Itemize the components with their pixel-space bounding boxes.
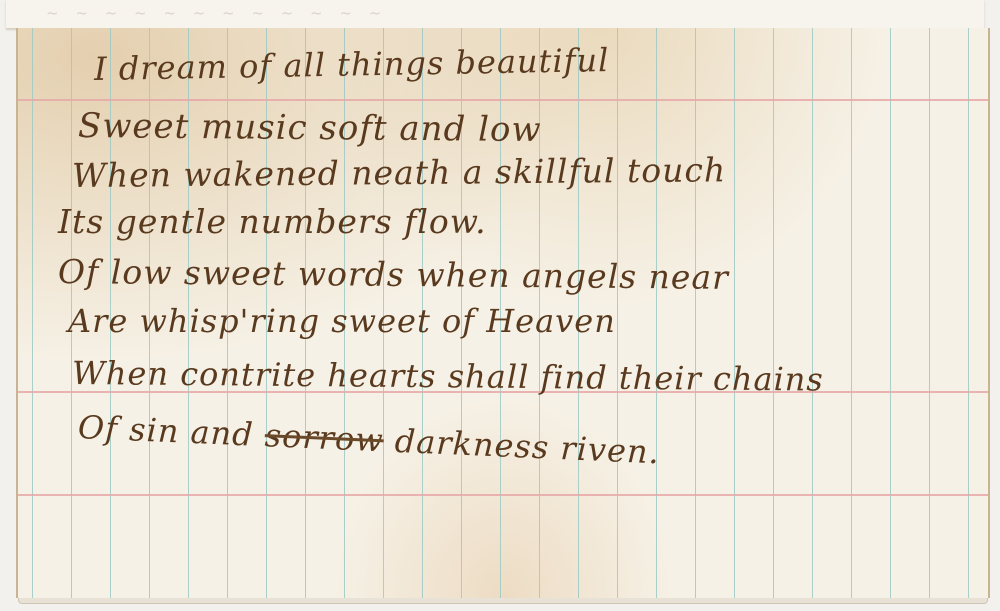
poem-line-3: When wakened neath a skillful touch xyxy=(72,150,726,195)
poem-line-8-suffix: darkness riven. xyxy=(394,422,661,472)
poem-line-5: Of low sweet words when angels near xyxy=(58,252,729,297)
poem-line-2: Sweet music soft and low xyxy=(78,106,542,150)
previous-page-fold: ~ ~ ~ ~ ~ ~ ~ ~ ~ ~ ~ ~ xyxy=(6,0,984,29)
ledger-page: I dream of all things beautiful Sweet mu… xyxy=(16,28,990,598)
poem-line-1: I dream of all things beautiful xyxy=(94,41,610,88)
poem-line-8: Of sin and sorrow darkness riven. xyxy=(77,408,660,471)
handwritten-poem: I dream of all things beautiful Sweet mu… xyxy=(18,28,988,598)
poem-line-6: Are whisp'ring sweet of Heaven xyxy=(68,302,616,340)
poem-line-7: When contrite hearts shall find their ch… xyxy=(72,354,824,399)
previous-page-ghost-text: ~ ~ ~ ~ ~ ~ ~ ~ ~ ~ ~ ~ xyxy=(46,4,964,22)
poem-line-8-prefix: Of sin and xyxy=(77,408,254,454)
poem-line-4: Its gentle numbers flow. xyxy=(58,202,487,241)
struck-word: sorrow xyxy=(264,416,384,459)
